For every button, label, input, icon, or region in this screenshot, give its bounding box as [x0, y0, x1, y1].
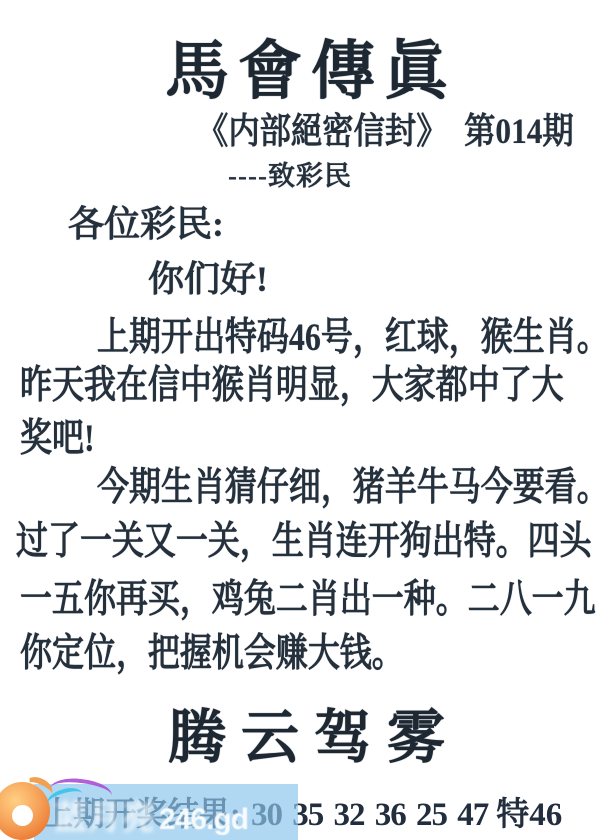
paragraph2-line3: 一五你再买，鸡兔二肖出一种。二八一九 [20, 568, 596, 624]
result-special-number: 特46 [496, 797, 562, 833]
subtitle-issue-line: 《内部絕密信封》 第014期 [197, 103, 574, 154]
slogan-text: 腾云驾雾 [0, 690, 613, 774]
paragraph2-line2: 过了一关又一关，生肖连开狗出特。四头 [16, 510, 592, 566]
fax-document-page: 馬會傳眞 《内部絕密信封》 第014期 ----致彩民 各位彩民: 你们好! 上… [0, 0, 613, 840]
paragraph1-line3: 奖吧! [20, 407, 95, 463]
salutation: 各位彩民: [68, 196, 224, 247]
paragraph2-line4: 你定位，把握机会赚大钱。 [20, 622, 404, 678]
paragraph2-line1: 今期生肖猜仔细，猪羊牛马今要看。 [97, 456, 609, 512]
dedication-line: ----致彩民 [228, 154, 352, 193]
paragraph1-line2: 昨天我在信中猴肖明显，大家都中了大 [20, 354, 564, 410]
watermark-six-hole [12, 805, 33, 826]
page-title: 馬會傳眞 [0, 20, 613, 112]
greeting: 你们好! [148, 251, 268, 302]
watermark-domain: 246.gd [159, 803, 248, 836]
